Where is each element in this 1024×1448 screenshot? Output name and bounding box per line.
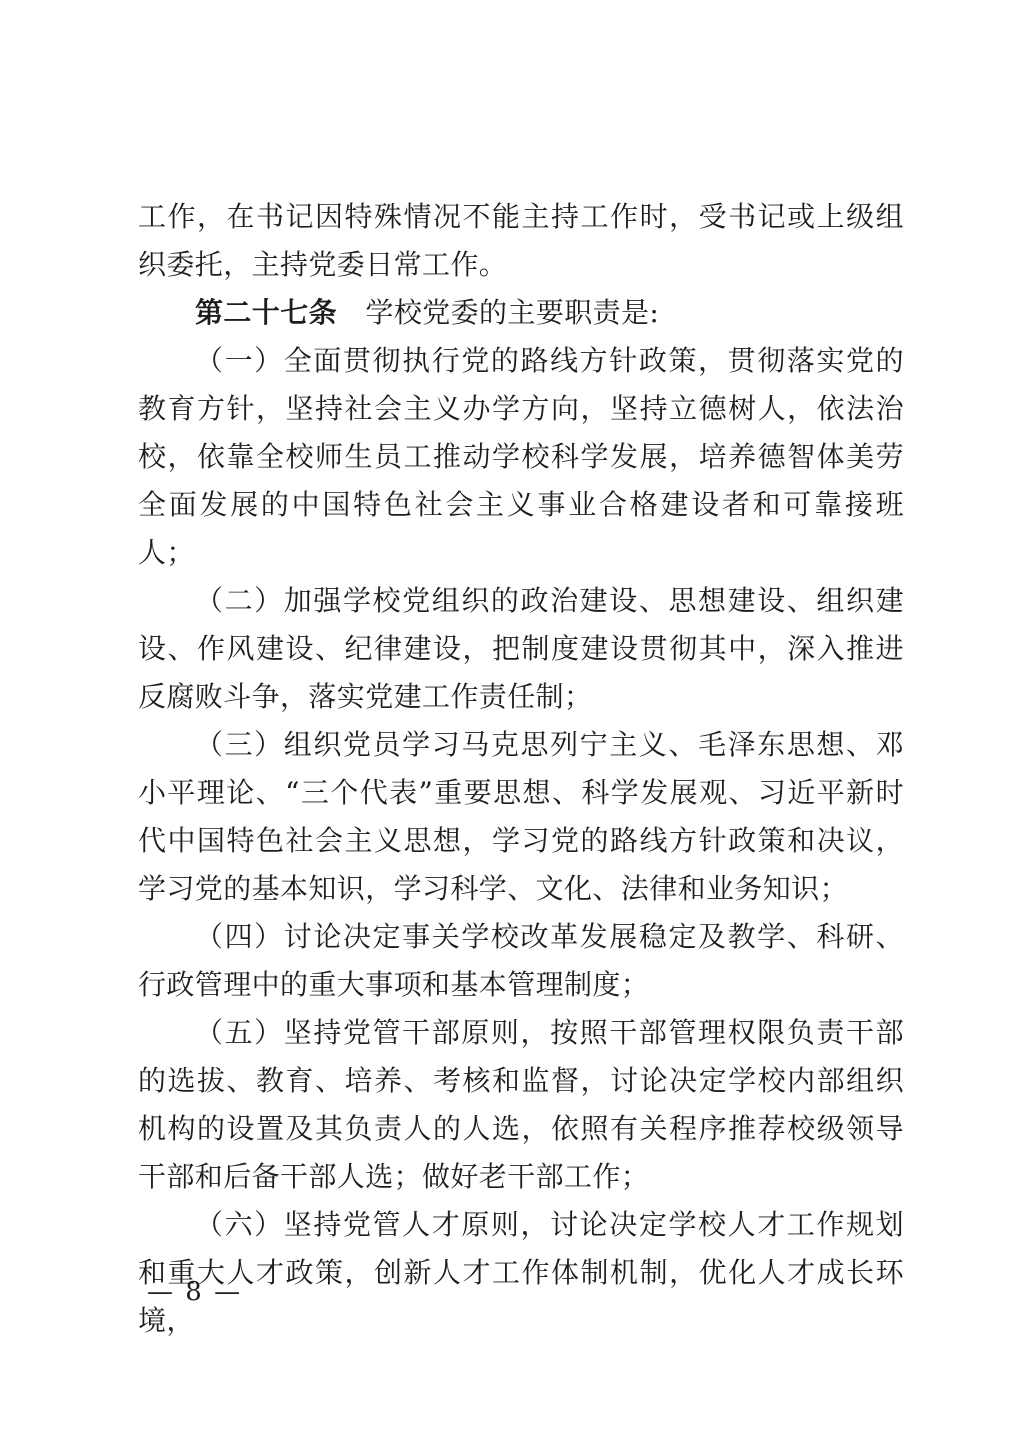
- text-run: （六）坚持党管人才原则，讨论决定学校人才工作规划和重大人才政策，创新人才工作体制…: [138, 1208, 904, 1337]
- text-run: （四）讨论决定事关学校改革发展稳定及教学、科研、行政管理中的重大事项和基本管理制…: [138, 920, 904, 1001]
- paragraph-2: 第二十七条 学校党委的主要职责是:: [138, 289, 904, 337]
- text-run: （三）组织党员学习马克思列宁主义、毛泽东思想、邓小平理论、“三个代表”重要思想、…: [138, 728, 904, 905]
- text-run: （二）加强学校党组织的政治建设、思想建设、组织建设、作风建设、纪律建设，把制度建…: [138, 584, 904, 713]
- paragraph-8: （六）坚持党管人才原则，讨论决定学校人才工作规划和重大人才政策，创新人才工作体制…: [138, 1201, 904, 1345]
- paragraph-7: （五）坚持党管干部原则，按照干部管理权限负责干部的选拔、教育、培养、考核和监督，…: [138, 1009, 904, 1201]
- paragraph-6: （四）讨论决定事关学校改革发展稳定及教学、科研、行政管理中的重大事项和基本管理制…: [138, 913, 904, 1009]
- document-body: 工作，在书记因特殊情况不能主持工作时，受书记或上级组织委托，主持党委日常工作。第…: [138, 193, 904, 1345]
- paragraph-4: （二）加强学校党组织的政治建设、思想建设、组织建设、作风建设、纪律建设，把制度建…: [138, 577, 904, 721]
- document-page: 工作，在书记因特殊情况不能主持工作时，受书记或上级组织委托，主持党委日常工作。第…: [0, 0, 1024, 1448]
- paragraph-1: 工作，在书记因特殊情况不能主持工作时，受书记或上级组织委托，主持党委日常工作。: [138, 193, 904, 289]
- article-number-heading: 第二十七条: [195, 296, 337, 329]
- text-run: 学校党委的主要职责是:: [337, 296, 659, 329]
- page-footer: — 8 —: [147, 1276, 242, 1308]
- paragraph-5: （三）组织党员学习马克思列宁主义、毛泽东思想、邓小平理论、“三个代表”重要思想、…: [138, 721, 904, 913]
- paragraph-3: （一）全面贯彻执行党的路线方针政策，贯彻落实党的教育方针，坚持社会主义办学方向，…: [138, 337, 904, 577]
- page-number: — 8 —: [147, 1277, 242, 1307]
- text-run: 工作，在书记因特殊情况不能主持工作时，受书记或上级组织委托，主持党委日常工作。: [138, 200, 904, 281]
- text-run: （一）全面贯彻执行党的路线方针政策，贯彻落实党的教育方针，坚持社会主义办学方向，…: [138, 344, 904, 569]
- text-run: （五）坚持党管干部原则，按照干部管理权限负责干部的选拔、教育、培养、考核和监督，…: [138, 1016, 904, 1193]
